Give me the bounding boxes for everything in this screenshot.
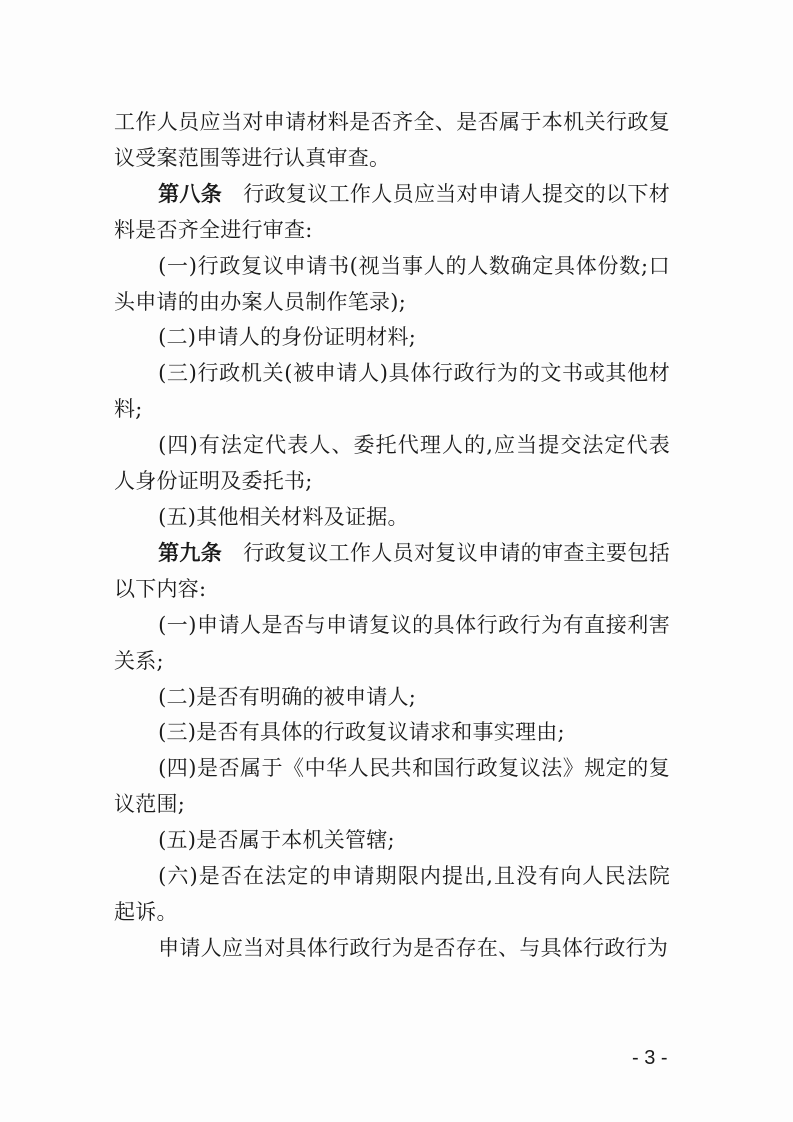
paragraph: 工作人员应当对申请材料是否齐全、是否属于本机关行政复议受案范围等进行认真审查。 — [114, 105, 670, 177]
list-item: (二)申请人的身份证明材料; — [114, 320, 670, 356]
list-item: (四)有法定代表人、委托代理人的,应当提交法定代表人身份证明及委托书; — [114, 428, 670, 500]
paragraph-text: 工作人员应当对申请材料是否齐全、是否属于本机关行政复议受案范围等进行认真审查。 — [114, 110, 670, 170]
list-item: (三)是否有具体的行政复议请求和事实理由; — [114, 715, 670, 751]
paragraph-text: (五)是否属于本机关管辖; — [158, 828, 395, 852]
paragraph-text: 申请人应当对具体行政行为是否存在、与具体行政行为 — [158, 936, 668, 960]
paragraph: 申请人应当对具体行政行为是否存在、与具体行政行为 — [114, 931, 670, 967]
list-item: (一)行政复议申请书(视当事人的人数确定具体份数;口头申请的由办案人员制作笔录)… — [114, 249, 670, 321]
paragraph-text: (三)是否有具体的行政复议请求和事实理由; — [158, 720, 565, 744]
list-item: (四)是否属于《中华人民共和国行政复议法》规定的复议范围; — [114, 751, 670, 823]
page-number: - 3 - — [632, 1047, 668, 1070]
article-heading: 第九条 — [158, 541, 222, 565]
paragraph-text: (二)是否有明确的被申请人; — [158, 685, 416, 709]
list-item: (三)行政机关(被申请人)具体行政行为的文书或其他材料; — [114, 356, 670, 428]
article-8: 第八条行政复议工作人员应当对申请人提交的以下材料是否齐全进行审查: — [114, 177, 670, 249]
paragraph-text: (四)是否属于《中华人民共和国行政复议法》规定的复议范围; — [114, 756, 670, 816]
article-9: 第九条行政复议工作人员对复议申请的审查主要包括以下内容: — [114, 536, 670, 608]
list-item: (一)申请人是否与申请复议的具体行政行为有直接利害关系; — [114, 608, 670, 680]
paragraph-text: (三)行政机关(被申请人)具体行政行为的文书或其他材料; — [114, 361, 670, 421]
paragraph-text: (六)是否在法定的申请期限内提出,且没有向人民法院起诉。 — [114, 864, 670, 924]
list-item: (五)是否属于本机关管辖; — [114, 823, 670, 859]
paragraph-text: (一)行政复议申请书(视当事人的人数确定具体份数;口头申请的由办案人员制作笔录)… — [114, 254, 670, 314]
document-page: 工作人员应当对申请材料是否齐全、是否属于本机关行政复议受案范围等进行认真审查。 … — [0, 0, 793, 1122]
list-item: (六)是否在法定的申请期限内提出,且没有向人民法院起诉。 — [114, 859, 670, 931]
paragraph-text: (五)其他相关材料及证据。 — [158, 505, 409, 529]
article-heading: 第八条 — [158, 182, 222, 206]
list-item: (五)其他相关材料及证据。 — [114, 500, 670, 536]
paragraph-text: (二)申请人的身份证明材料; — [158, 325, 416, 349]
document-body: 工作人员应当对申请材料是否齐全、是否属于本机关行政复议受案范围等进行认真审查。 … — [114, 105, 670, 967]
paragraph-text: (四)有法定代表人、委托代理人的,应当提交法定代表人身份证明及委托书; — [114, 433, 670, 493]
paragraph-text: (一)申请人是否与申请复议的具体行政行为有直接利害关系; — [114, 613, 670, 673]
list-item: (二)是否有明确的被申请人; — [114, 680, 670, 716]
